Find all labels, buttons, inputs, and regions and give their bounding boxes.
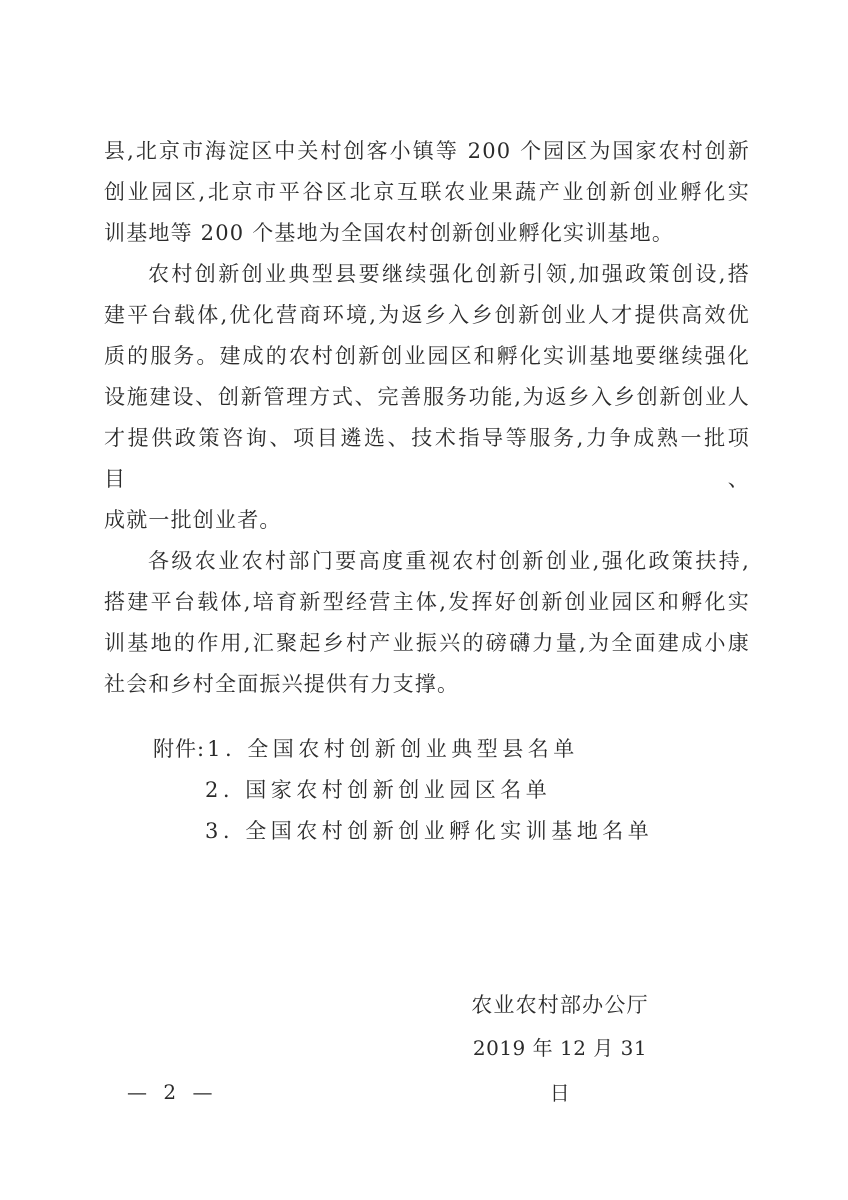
text-line: 社会和乡村全面振兴提供有力支撑。	[104, 664, 750, 705]
attachment-item: 3. 全国农村创新创业孵化实训基地名单	[153, 811, 713, 852]
text-line: 建平台载体,优化营商环境,为返乡入乡创新创业人才提供高效优	[104, 295, 750, 336]
text-line: 搭建平台载体,培育新型经营主体,发挥好创新创业园区和孵化实	[104, 582, 750, 623]
text-line: 设施建设、创新管理方式、完善服务功能,为返乡入乡创新创业人	[104, 377, 750, 418]
attachments-label: 附件:	[153, 737, 205, 761]
document-page: 县,北京市海淀区中关村创客小镇等 200 个园区为国家农村创新 创业园区,北京市…	[0, 0, 848, 1200]
attachment-item: 2. 国家农村创新创业园区名单	[153, 770, 713, 811]
paragraph-1: 县,北京市海淀区中关村创客小镇等 200 个园区为国家农村创新 创业园区,北京市…	[104, 131, 750, 254]
text-line: 训基地的作用,汇聚起乡村产业振兴的磅礴力量,为全面建成小康	[104, 623, 750, 664]
attachment-list: 附件:1. 全国农村创新创业典型县名单 2. 国家农村创新创业园区名单 3. 全…	[153, 729, 713, 852]
signature-date: 2019 年 12 月 31 日	[462, 1026, 658, 1116]
text-line: 训基地等 200 个基地为全国农村创新创业孵化实训基地。	[104, 213, 750, 254]
text-line: 县,北京市海淀区中关村创客小镇等 200 个园区为国家农村创新	[104, 131, 750, 172]
attachment-line: 附件:1. 全国农村创新创业典型县名单	[153, 729, 713, 770]
text-line: 创业园区,北京市平谷区北京互联农业果蔬产业创新创业孵化实	[104, 172, 750, 213]
text-line: 农村创新创业典型县要继续强化创新引领,加强政策创设,搭	[104, 254, 750, 295]
paragraph-3: 各级农业农村部门要高度重视农村创新创业,强化政策扶持, 搭建平台载体,培育新型经…	[104, 541, 750, 705]
page-number: — 2 —	[127, 1077, 217, 1107]
document-body: 县,北京市海淀区中关村创客小镇等 200 个园区为国家农村创新 创业园区,北京市…	[104, 131, 750, 705]
text-line: 各级农业农村部门要高度重视农村创新创业,强化政策扶持,	[104, 541, 750, 582]
signature-block: 农业农村部办公厅 2019 年 12 月 31 日	[462, 985, 658, 1116]
text-line: 质的服务。建成的农村创新创业园区和孵化实训基地要继续强化	[104, 336, 750, 377]
text-line: 成就一批创业者。	[104, 500, 750, 541]
text-line: 才提供政策咨询、项目遴选、技术指导等服务,力争成熟一批项目、	[104, 418, 750, 500]
paragraph-2: 农村创新创业典型县要继续强化创新引领,加强政策创设,搭 建平台载体,优化营商环境…	[104, 254, 750, 541]
signature-org: 农业农村部办公厅	[462, 985, 658, 1026]
attachment-item: 1. 全国农村创新创业典型县名单	[207, 737, 579, 761]
